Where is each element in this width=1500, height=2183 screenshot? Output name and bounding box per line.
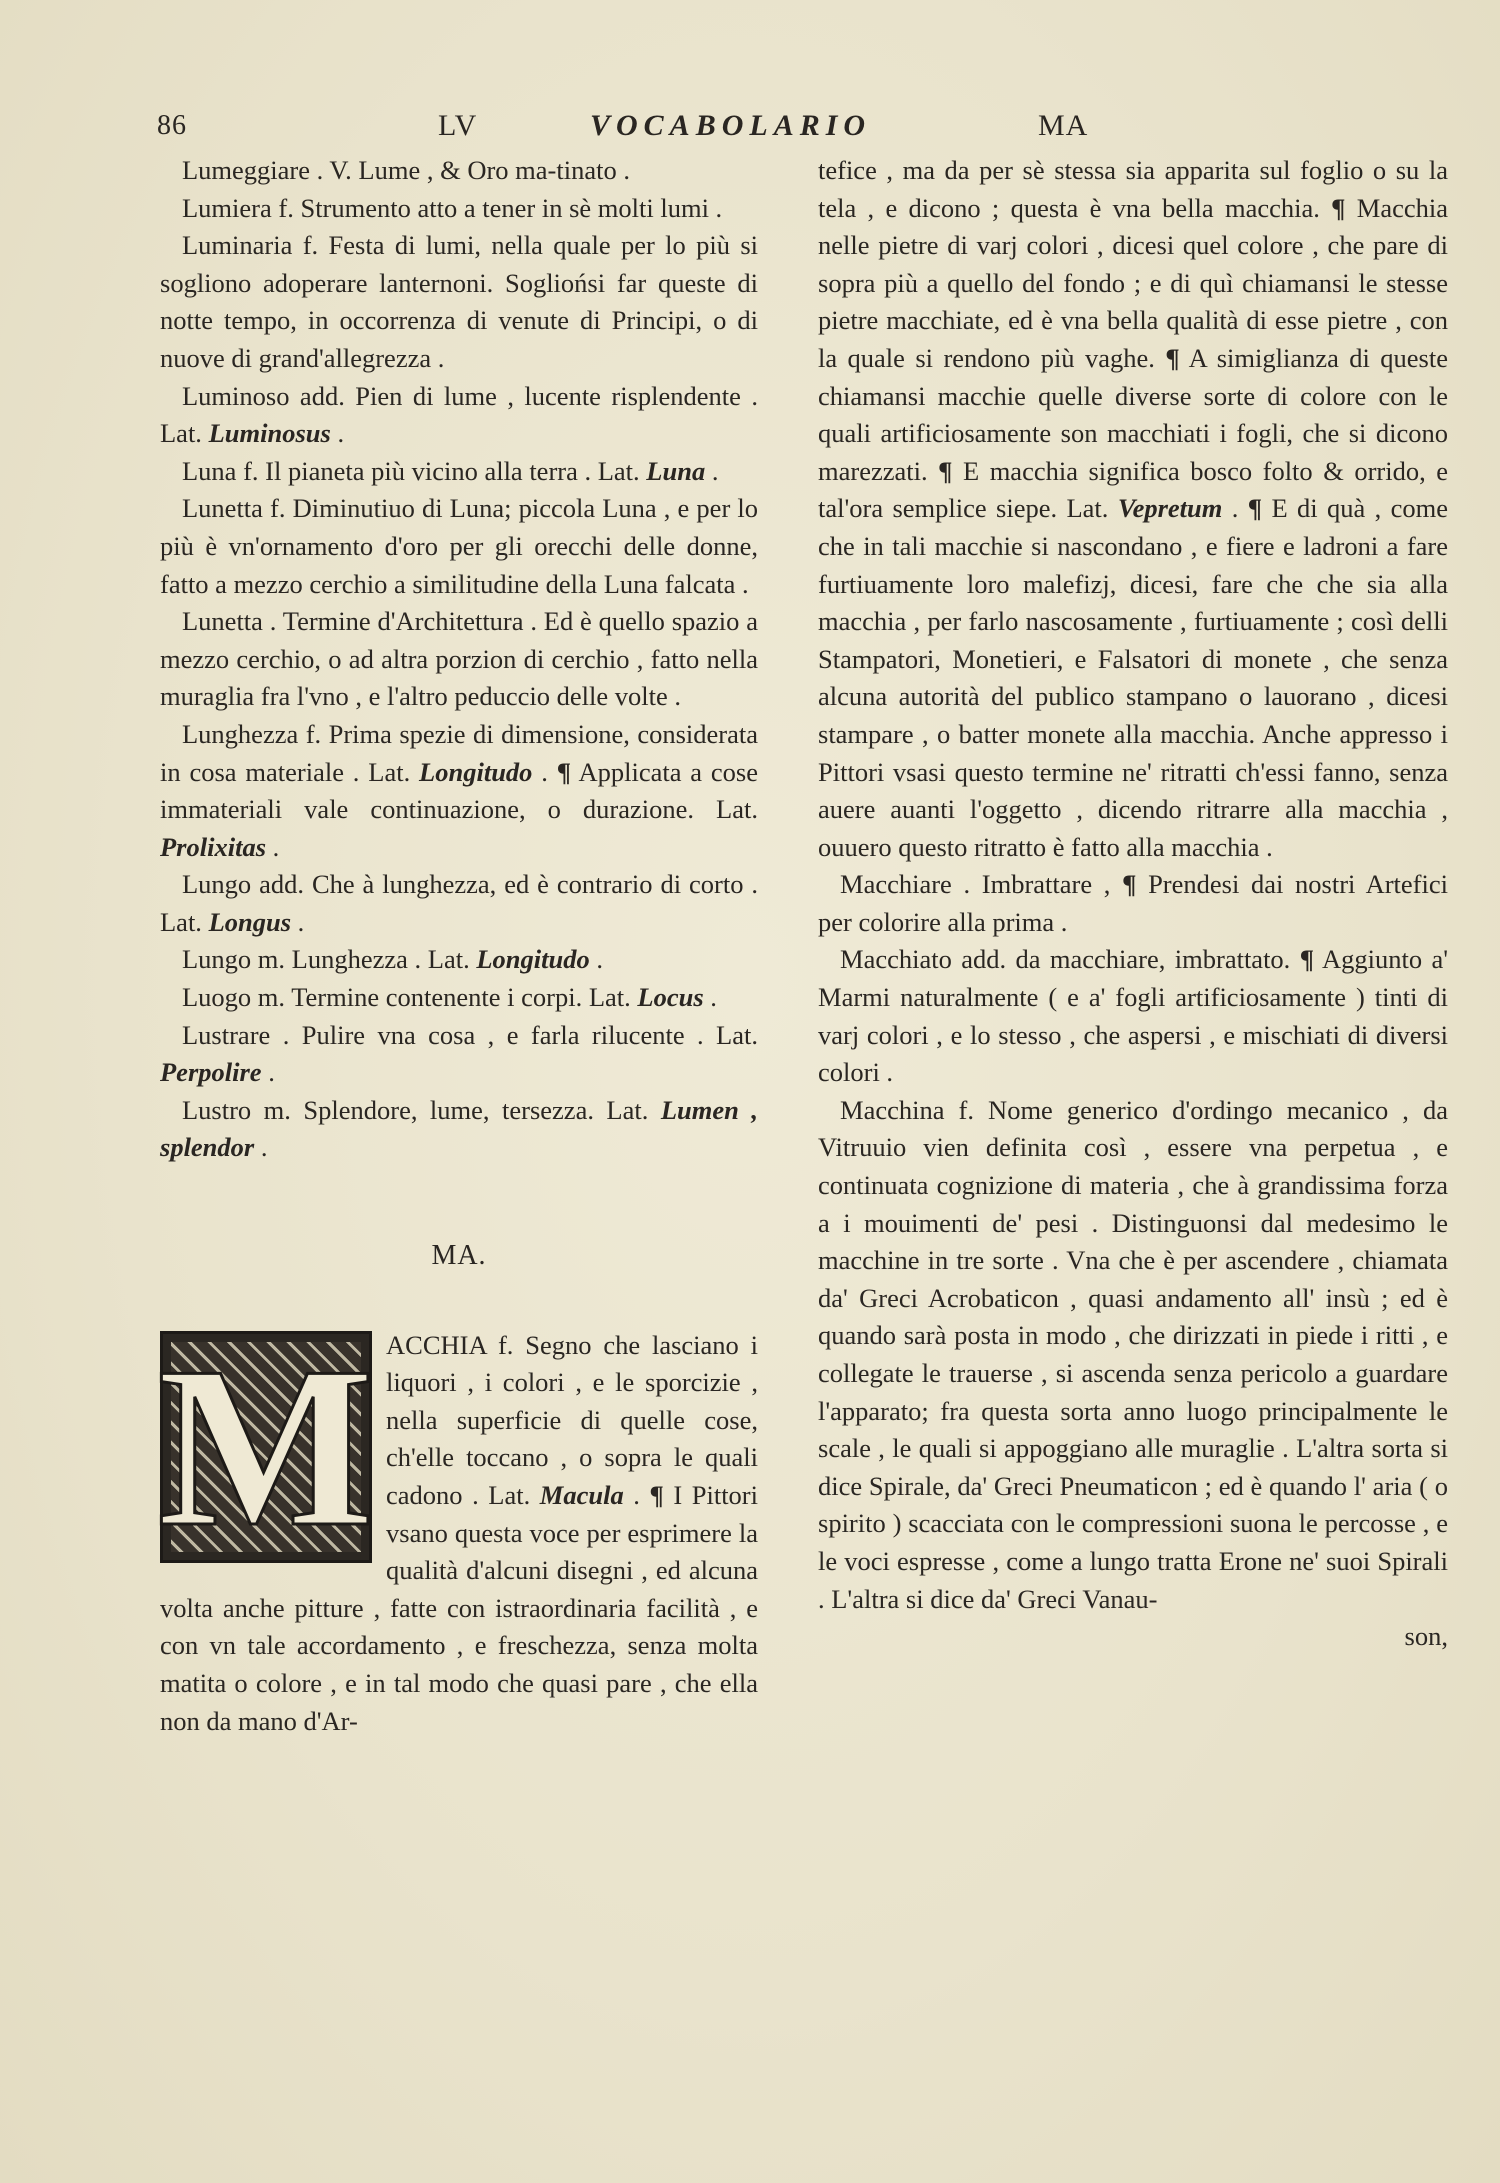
right-guide-word: MA [1038, 108, 1088, 144]
entry-lungo-add: Lungo add. Che à lunghezza, ed è contrar… [160, 866, 758, 941]
latin-term: Longus [209, 907, 291, 937]
book-page: 86 LV VOCABOLARIO MA Lumeggiare . V. Lum… [0, 0, 1500, 2183]
latin-term: Luna [646, 456, 705, 486]
entry-macchiato: Macchiato add. da macchiare, imbrattato.… [818, 941, 1448, 1091]
entry-luogo: Luogo m. Termine contenente i corpi. Lat… [160, 979, 758, 1017]
pilcrow-icon: ¶ [1122, 869, 1136, 899]
entry-macchiare: Macchiare . Imbrattare , ¶ Prendesi dai … [818, 866, 1448, 941]
entry-lumeggiare: Lumeggiare . V. Lume , & Oro ma-tinato . [160, 152, 758, 190]
latin-term: Perpolire [160, 1057, 262, 1087]
entry-macchina: Macchina f. Nome generico d'ordingo meca… [818, 1092, 1448, 1618]
right-column: tefice , ma da per sè stessa sia apparit… [818, 152, 1448, 1656]
pilcrow-icon: ¶ [938, 456, 952, 486]
entry-lungo-m: Lungo m. Lunghezza . Lat. Longitudo . [160, 941, 758, 979]
running-title: VOCABOLARIO [590, 108, 871, 144]
latin-term: Prolixitas [160, 832, 266, 862]
entry-luminaria: Luminaria f. Festa di lumi, nella quale … [160, 227, 758, 377]
entry-luna: Luna f. Il pianeta più vicino alla terra… [160, 453, 758, 491]
left-column: Lumeggiare . V. Lume , & Oro ma-tinato .… [160, 152, 758, 1740]
entry-lunghezza: Lunghezza f. Prima spezie di dimensione,… [160, 716, 758, 866]
pilcrow-icon: ¶ [649, 1480, 663, 1510]
page-number: 86 [157, 108, 187, 144]
latin-term: Longitudo [476, 944, 589, 974]
entry-lunetta-1: Lunetta f. Diminutiuo di Luna; piccola L… [160, 490, 758, 603]
latin-term: Vepretum [1118, 493, 1223, 523]
latin-term: Luminosus [209, 418, 331, 448]
pilcrow-icon: ¶ [1300, 944, 1314, 974]
entry-lunetta-2: Lunetta . Termine d'Architettura . Ed è … [160, 603, 758, 716]
left-guide-word: LV [438, 108, 477, 144]
pilcrow-icon: ¶ [1248, 493, 1262, 523]
running-head: 86 LV VOCABOLARIO MA [0, 108, 1500, 148]
latin-term: Locus [637, 982, 703, 1012]
latin-term: Longitudo [419, 757, 532, 787]
entry-lustrare: Lustrare . Pulire vna cosa , e farla ril… [160, 1017, 758, 1092]
entry-lustro: Lustro m. Splendore, lume, tersezza. Lat… [160, 1092, 758, 1167]
latin-term: Macula [540, 1480, 624, 1510]
pilcrow-icon: ¶ [1331, 193, 1345, 223]
pilcrow-icon: ¶ [1165, 343, 1179, 373]
section-heading-ma: MA. [160, 1237, 758, 1275]
entry-luminoso: Luminoso add. Pien di lume , lucente ris… [160, 378, 758, 453]
entry-macchia-continued: tefice , ma da per sè stessa sia apparit… [818, 152, 1448, 866]
catchword: son, [818, 1618, 1448, 1656]
entry-lumiera: Lumiera f. Strumento atto a tener in sè … [160, 190, 758, 228]
entry-macchia: M ACCHIA f. Segno che lasciano i liquori… [160, 1327, 758, 1741]
pilcrow-icon: ¶ [557, 757, 571, 787]
decorated-initial-m-icon: M [160, 1331, 372, 1563]
